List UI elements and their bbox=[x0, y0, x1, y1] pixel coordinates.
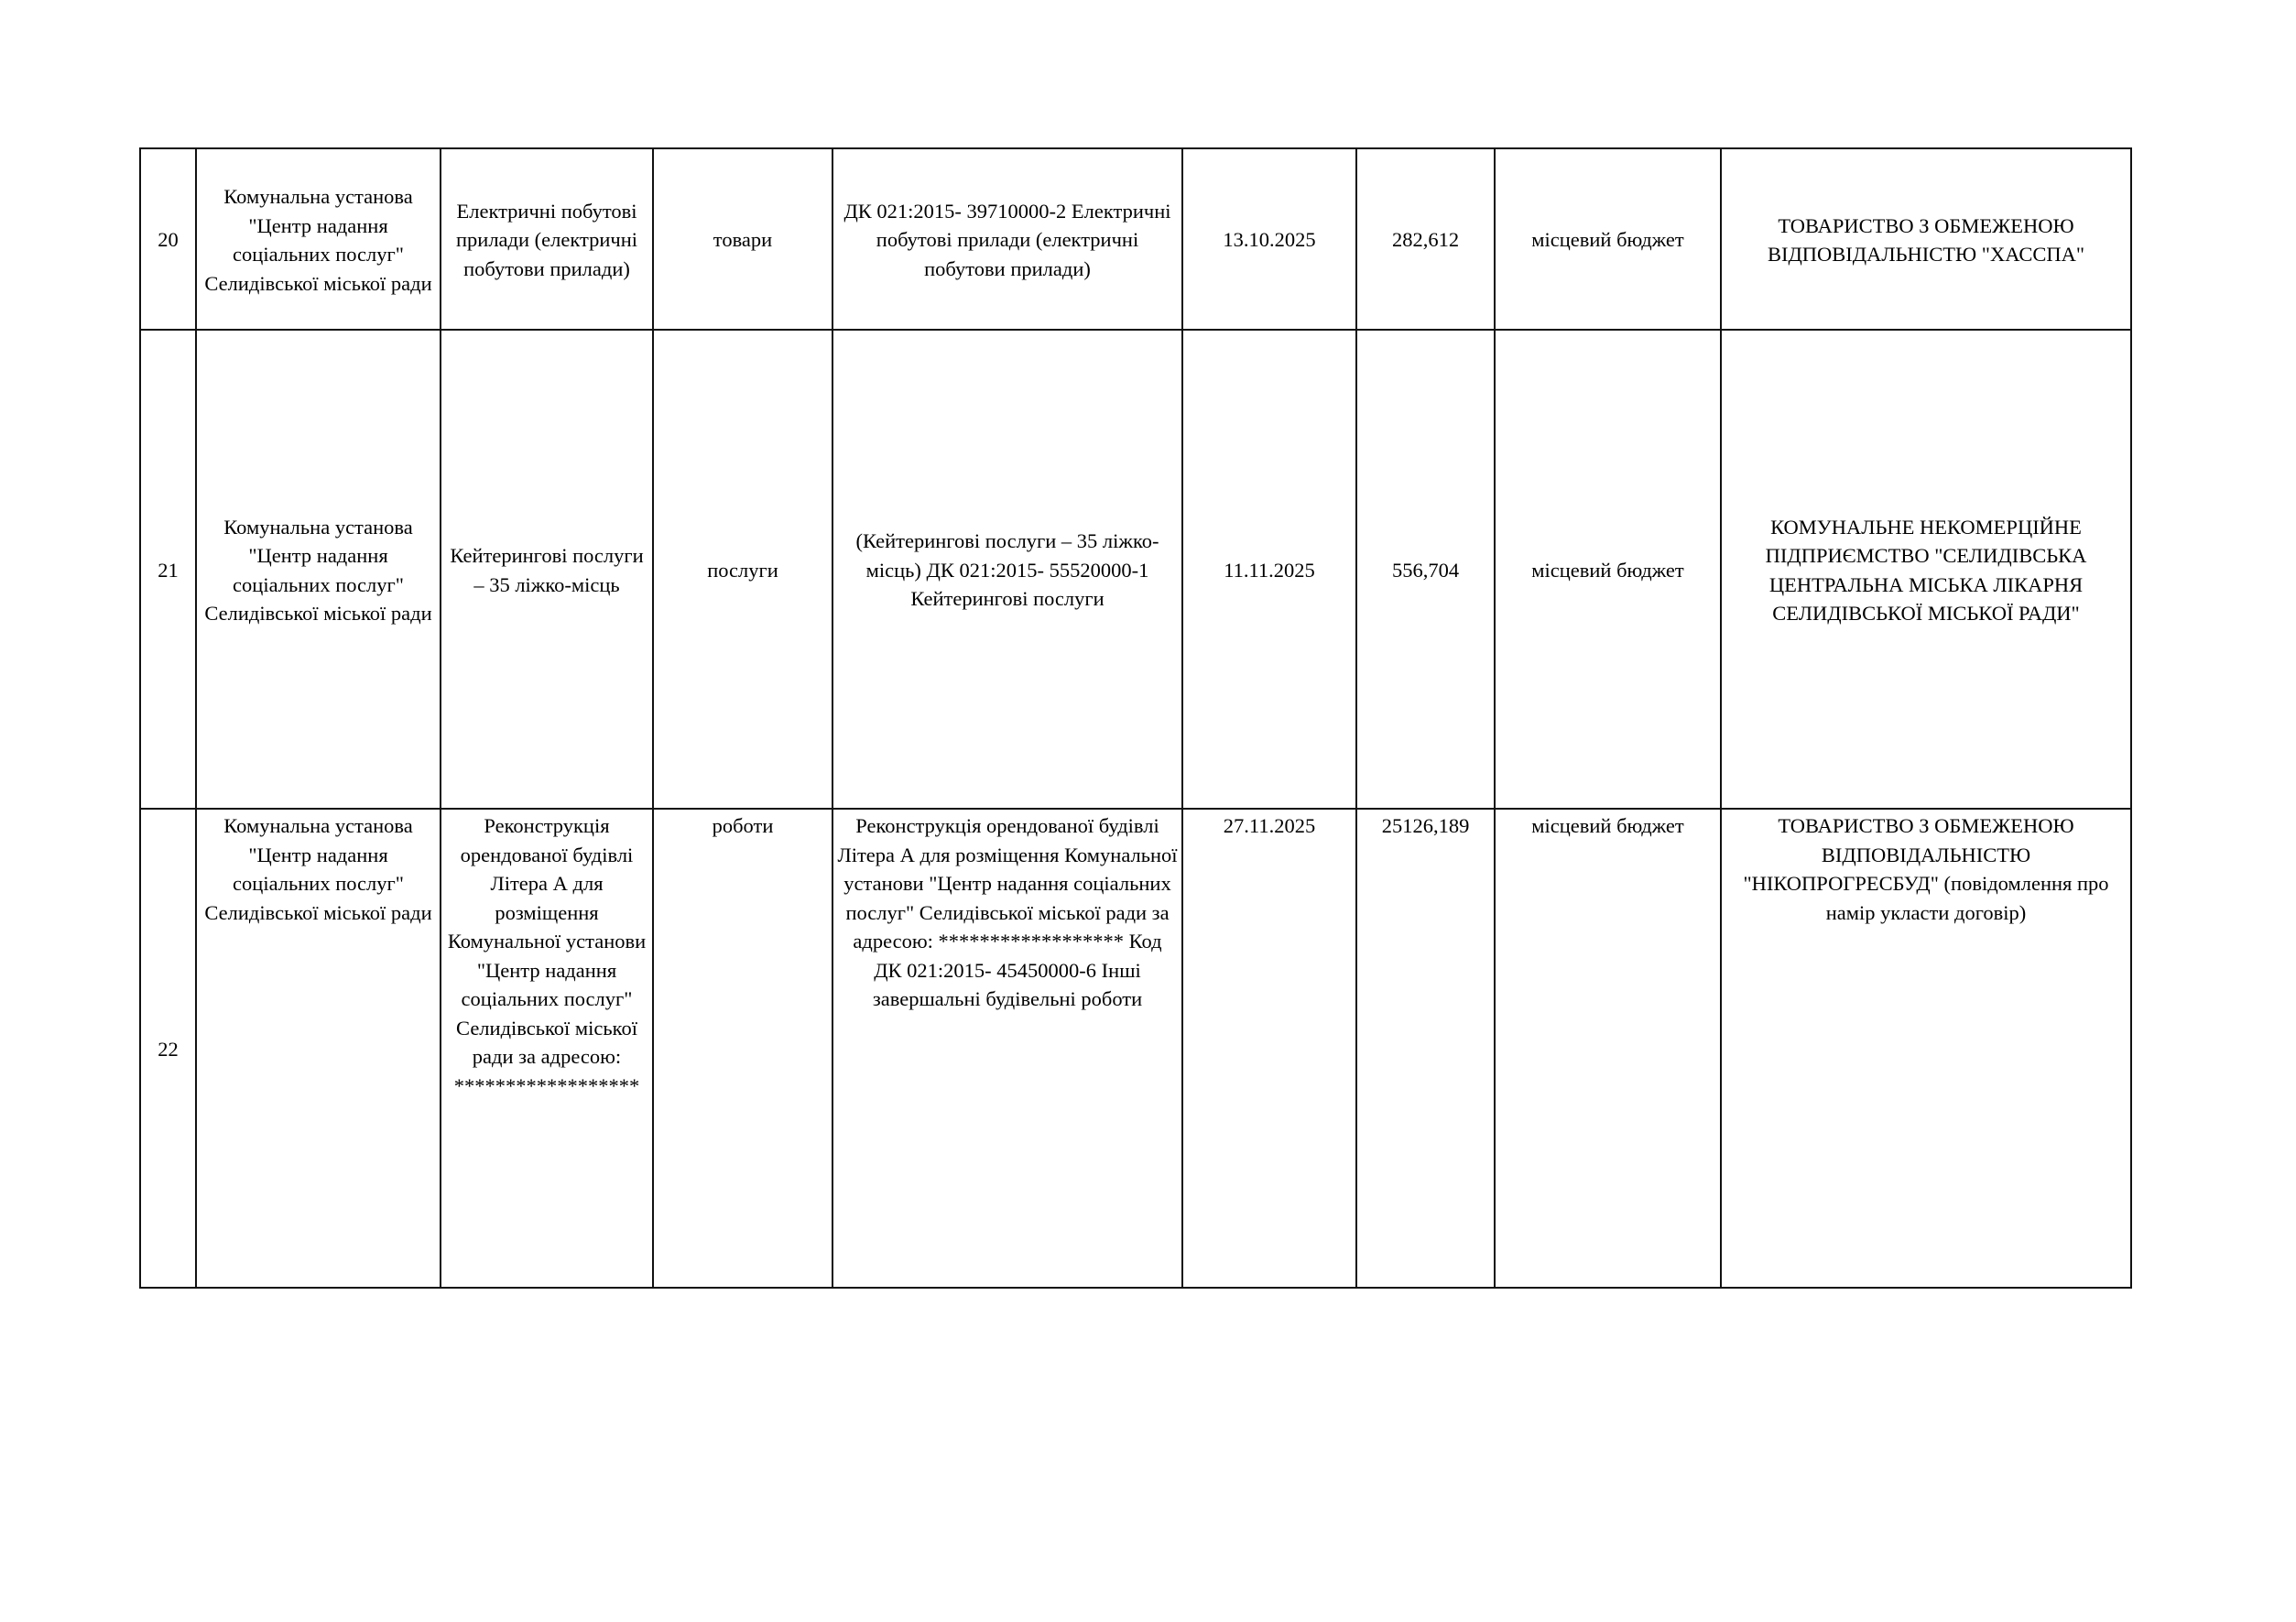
funding-source-cell: місцевий бюджет bbox=[1495, 148, 1721, 330]
classifier-code-cell: ДК 021:2015- 39710000-2 Електричні побут… bbox=[832, 148, 1182, 330]
date-cell: 27.11.2025 bbox=[1182, 809, 1356, 1288]
supplier-cell: КОМУНАЛЬНЕ НЕКОМЕРЦІЙНЕ ПІДПРИЄМСТВО "СЕ… bbox=[1721, 330, 2131, 809]
procurement-table: 20 Комунальна установа "Центр надання со… bbox=[139, 147, 2132, 1289]
customer-cell: Комунальна установа "Центр надання соціа… bbox=[196, 148, 441, 330]
subject-cell: Кейтерингові послуги – 35 ліжко-місць bbox=[441, 330, 653, 809]
table-row: 21 Комунальна установа "Центр надання со… bbox=[140, 330, 2131, 809]
date-cell: 13.10.2025 bbox=[1182, 148, 1356, 330]
amount-cell: 25126,189 bbox=[1356, 809, 1495, 1288]
subject-cell: Реконструкція орендованої будівлі Літера… bbox=[441, 809, 653, 1288]
funding-source-cell: місцевий бюджет bbox=[1495, 330, 1721, 809]
subject-cell: Електричні побутові прилади (електричні … bbox=[441, 148, 653, 330]
customer-cell: Комунальна установа "Центр надання соціа… bbox=[196, 809, 441, 1288]
amount-cell: 556,704 bbox=[1356, 330, 1495, 809]
procurement-type-cell: послуги bbox=[653, 330, 832, 809]
supplier-cell: ТОВАРИСТВО З ОБМЕЖЕНОЮ ВІДПОВІДАЛЬНІСТЮ … bbox=[1721, 148, 2131, 330]
table-row: 20 Комунальна установа "Центр надання со… bbox=[140, 148, 2131, 330]
classifier-code-cell: (Кейтерингові послуги – 35 ліжко-місць) … bbox=[832, 330, 1182, 809]
funding-source-cell: місцевий бюджет bbox=[1495, 809, 1721, 1288]
row-number-cell: 21 bbox=[140, 330, 196, 809]
procurement-type-cell: товари bbox=[653, 148, 832, 330]
classifier-code-cell: Реконструкція орендованої будівлі Літера… bbox=[832, 809, 1182, 1288]
date-cell: 11.11.2025 bbox=[1182, 330, 1356, 809]
supplier-cell: ТОВАРИСТВО З ОБМЕЖЕНОЮ ВІДПОВІДАЛЬНІСТЮ … bbox=[1721, 809, 2131, 1288]
row-number-cell: 22 bbox=[140, 809, 196, 1288]
document-page: 20 Комунальна установа "Центр надання со… bbox=[0, 0, 2296, 1622]
amount-cell: 282,612 bbox=[1356, 148, 1495, 330]
table-row: 22 Комунальна установа "Центр надання со… bbox=[140, 809, 2131, 1288]
customer-cell: Комунальна установа "Центр надання соціа… bbox=[196, 330, 441, 809]
procurement-type-cell: роботи bbox=[653, 809, 832, 1288]
row-number-cell: 20 bbox=[140, 148, 196, 330]
